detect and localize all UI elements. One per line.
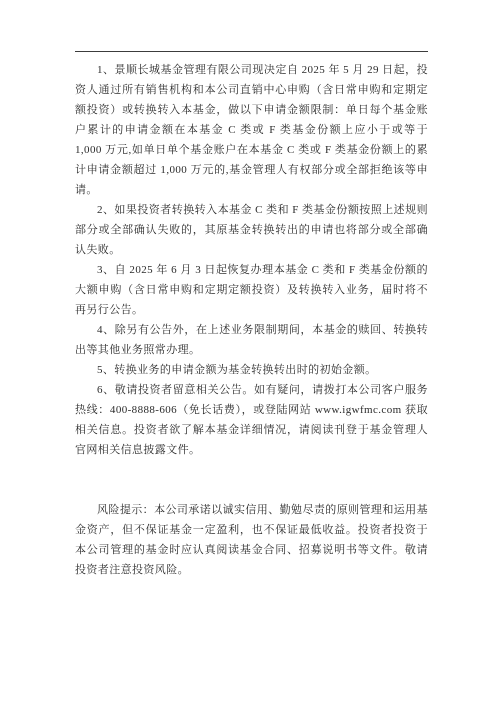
document-page: 1、景顺长城基金管理有限公司现决定自 2025 年 5 月 29 日起，投资人通… bbox=[0, 0, 500, 707]
announcement-paragraph-3: 3、自 2025 年 6 月 3 日起恢复办理本基金 C 类和 F 类基金份额的… bbox=[75, 260, 428, 320]
announcement-paragraph-1: 1、景顺长城基金管理有限公司现决定自 2025 年 5 月 29 日起，投资人通… bbox=[75, 60, 428, 200]
header-divider bbox=[75, 51, 428, 52]
document-body: 1、景顺长城基金管理有限公司现决定自 2025 年 5 月 29 日起，投资人通… bbox=[75, 51, 428, 580]
announcement-paragraph-4: 4、除另有公告外，在上述业务限制期间，本基金的赎回、转换转出等其他业务照常办理。 bbox=[75, 320, 428, 360]
risk-notice-paragraph: 风险提示：本公司承诺以诚实信用、勤勉尽责的原则管理和运用基金资产，但不保证基金一… bbox=[75, 500, 428, 580]
announcement-paragraph-6: 6、敬请投资者留意相关公告。如有疑问，请拨打本公司客户服务热线：400-8888… bbox=[75, 380, 428, 460]
announcement-paragraph-2: 2、如果投资者转换转入本基金 C 类和 F 类基金份额按照上述规则部分或全部确认… bbox=[75, 200, 428, 260]
announcement-paragraph-5: 5、转换业务的申请金额为基金转换转出时的初始金额。 bbox=[75, 360, 428, 380]
